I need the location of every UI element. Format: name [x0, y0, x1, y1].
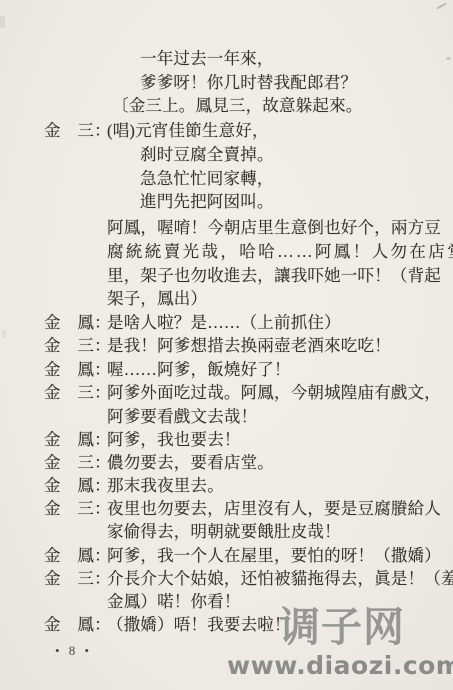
line-text: 進門先把阿囡叫。: [140, 192, 274, 212]
line-text: 刹时豆腐全賣掉。: [140, 145, 274, 165]
speaker-label: 金 三：: [44, 453, 111, 473]
line-text: 阿鳳，喔唷！今朝店里生意倒也好个，兩方豆: [107, 218, 441, 238]
script-line: 金 三：阿爹外面吃过哉。阿鳳，今朝城隍庙有戲文，: [0, 383, 453, 405]
watermark-site-name: 调子网: [279, 607, 405, 648]
script-line: 金 鳳：喔……阿爹，飯燒好了！: [0, 360, 453, 382]
line-text: 架子，鳳出）: [107, 289, 207, 309]
speaker-label: 金 鳳：: [44, 476, 111, 496]
script-line: 金 三：介長介大个姑娘，还怕被貓拖得去，眞是！（羞: [0, 569, 453, 591]
watermark-site-url: www.diaozi.com: [227, 653, 453, 679]
speaker-label: 金 鳳：: [44, 313, 111, 333]
script-line: 急急忙忙囘家轉，: [0, 169, 453, 191]
scanned-page: 一年过去一年來，爹爹呀！你几时替我配郎君？〔金三上。鳳見三，故意躲起來。金 三：…: [0, 0, 453, 690]
page-number: • 8 •: [55, 643, 92, 659]
scan-artifact: [2, 330, 6, 338]
script-line: 家偷得去，明朝就要餓肚皮哉！: [0, 522, 453, 544]
line-text: （撒嬌）唔！我要去啦！: [107, 615, 291, 635]
line-text: 阿爹要看戲文去哉！: [107, 407, 257, 427]
script-line: 金 三：儂勿要去，要看店堂。: [0, 453, 453, 475]
line-text: 〔金三上。鳳見三，故意躲起來。: [112, 96, 363, 116]
line-text: 那末我夜里去。: [107, 476, 224, 496]
script-line: 進門先把阿囡叫。: [0, 192, 453, 214]
scan-artifact: [0, 16, 5, 28]
line-text: 介長介大个姑娘，还怕被貓拖得去，眞是！（羞: [107, 569, 453, 589]
script-line: 金 鳳：阿爹，我一个人在屋里，要怕的呀！（撒嬌）: [0, 546, 453, 568]
script-line: 刹时豆腐全賣掉。: [0, 145, 453, 167]
line-text: 金鳳）喏！你看！: [107, 592, 241, 612]
script-line: 金 鳳：阿爹，我也要去！: [0, 430, 453, 452]
line-text: 是啥人啦？是……（上前抓住）: [107, 313, 341, 333]
speaker-label: 金 三：: [44, 569, 111, 589]
script-line: 里，架子也勿收進去，讓我吓她一吓！（背起: [0, 266, 453, 288]
line-text: 阿爹，我也要去！: [107, 430, 241, 450]
script-line: 阿鳳，喔唷！今朝店里生意倒也好个，兩方豆: [0, 218, 453, 240]
speaker-label: 金 鳳：: [44, 360, 111, 380]
line-text: 爹爹呀！你几时替我配郎君？: [140, 73, 357, 93]
line-text: 一年过去一年來，: [140, 49, 274, 69]
line-text: 夜里也勿要去，店里沒有人，要是豆腐賸給人: [107, 499, 441, 519]
speaker-label: 金 三：: [44, 499, 111, 519]
script-line: 〔金三上。鳳見三，故意躲起來。: [0, 96, 453, 118]
line-text: 阿爹外面吃过哉。阿鳳，今朝城隍庙有戲文，: [107, 383, 441, 403]
script-line: 爹爹呀！你几时替我配郎君？: [0, 73, 453, 95]
line-text: 喔……阿爹，飯燒好了！: [107, 360, 291, 380]
speaker-label: 金 鳳：: [44, 615, 111, 635]
speaker-label: 金 三：: [44, 383, 111, 403]
speaker-label: 金 三：: [44, 336, 111, 356]
line-text: 里，架子也勿收進去，讓我吓她一吓！（背起: [107, 266, 441, 286]
line-text: 阿爹，我一个人在屋里，要怕的呀！（撒嬌）: [107, 546, 441, 566]
line-text: (唱)元宵佳節生意好，: [107, 121, 269, 141]
speaker-label: 金 鳳：: [44, 430, 111, 450]
line-text: 腐統統賣光哉，哈哈……阿鳳！人勿在店堂: [107, 242, 453, 262]
speaker-label: 金 鳳：: [44, 546, 111, 566]
line-text: 是我！阿爹想措去换兩壺老酒來吃吃！: [107, 336, 391, 356]
speaker-label: 金 三：: [44, 121, 111, 141]
script-line: 金 鳳：那末我夜里去。: [0, 476, 453, 498]
script-line: 金 三：(唱)元宵佳節生意好，: [0, 121, 453, 143]
line-text: 儂勿要去，要看店堂。: [107, 453, 274, 473]
line-text: 急急忙忙囘家轉，: [140, 169, 274, 189]
script-line: 阿爹要看戲文去哉！: [0, 407, 453, 429]
script-line: 金 鳳：是啥人啦？是……（上前抓住）: [0, 313, 453, 335]
script-line: 架子，鳳出）: [0, 289, 453, 311]
line-text: 家偷得去，明朝就要餓肚皮哉！: [107, 522, 341, 542]
script-line: 腐統統賣光哉，哈哈……阿鳳！人勿在店堂: [0, 242, 453, 264]
script-line: 金 三：夜里也勿要去，店里沒有人，要是豆腐賸給人: [0, 499, 453, 521]
script-line: 金 三：是我！阿爹想措去换兩壺老酒來吃吃！: [0, 336, 453, 358]
scan-artifact: [436, 3, 447, 10]
script-line: 一年过去一年來，: [0, 49, 453, 71]
scan-artifact: [446, 57, 451, 60]
